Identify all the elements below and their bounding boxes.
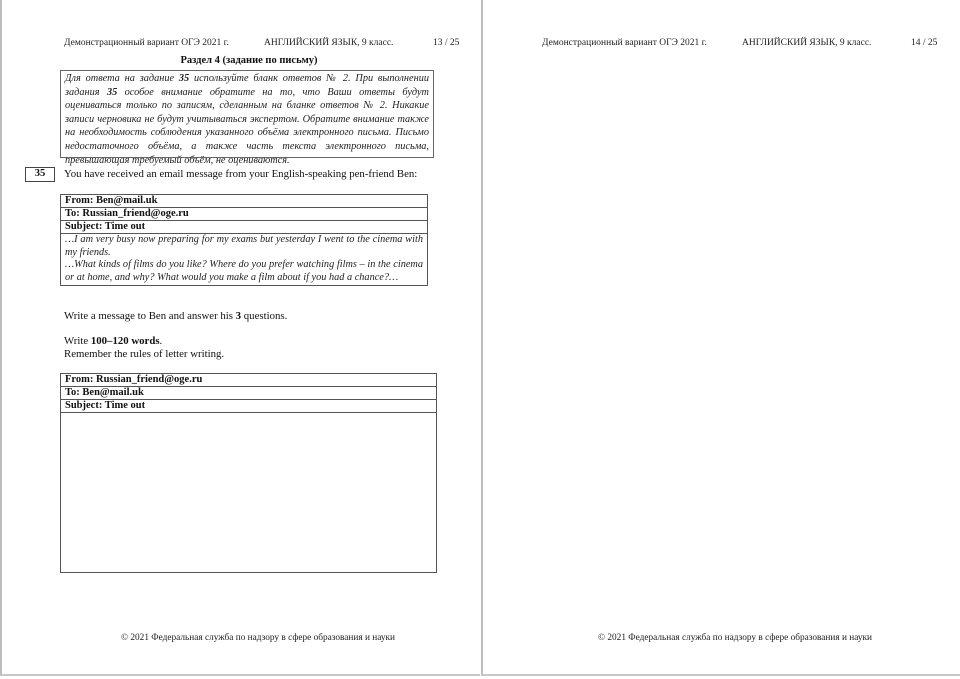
- email-subject: Subject: Time out: [61, 221, 427, 234]
- header-page-number: 14 / 25: [911, 38, 937, 48]
- page-13: Демонстрационный вариант ОГЭ 2021 г. АНГ…: [0, 0, 480, 676]
- header-subject: АНГЛИЙСКИЙ ЯЗЫК, 9 класс.: [742, 38, 871, 48]
- header-subject: АНГЛИЙСКИЙ ЯЗЫК, 9 класс.: [264, 38, 393, 48]
- instruction-note-box: Для ответа на задание 35 используйте бла…: [60, 70, 434, 158]
- instruction-text: .: [160, 335, 163, 347]
- instruction-text: Write a message to Ben and answer his: [64, 310, 236, 322]
- document-spread: Демонстрационный вариант ОГЭ 2021 г. АНГ…: [0, 0, 960, 679]
- instruction-word-count: Write 100–120 words.: [64, 335, 162, 347]
- word-limit: 100–120 words: [91, 335, 160, 347]
- incoming-email: From: Ben@mail.uk To: Russian_friend@oge…: [60, 194, 428, 286]
- task-intro: You have received an email message from …: [64, 168, 417, 180]
- note-text: Для ответа на задание: [65, 73, 179, 84]
- instruction-text: Write: [64, 335, 91, 347]
- email-to: To: Russian_friend@oge.ru: [61, 208, 427, 221]
- note-task-number: 35: [107, 87, 117, 98]
- email-body-paragraph: …What kinds of films do you like? Where …: [65, 259, 423, 284]
- note-task-number: 35: [179, 73, 189, 84]
- header-exam-title: Демонстрационный вариант ОГЭ 2021 г.: [64, 38, 229, 48]
- header-exam-title: Демонстрационный вариант ОГЭ 2021 г.: [542, 38, 707, 48]
- reply-body-field[interactable]: [61, 413, 436, 571]
- email-from: From: Ben@mail.uk: [61, 195, 427, 208]
- reply-to: To: Ben@mail.uk: [61, 387, 436, 400]
- task-number-badge: 35: [25, 167, 55, 182]
- email-body-paragraph: …I am very busy now preparing for my exa…: [65, 234, 423, 259]
- reply-email: From: Russian_friend@oge.ru To: Ben@mail…: [60, 373, 437, 573]
- page-footer: © 2021 Федеральная служба по надзору в с…: [598, 633, 872, 643]
- note-text: особое внимание обратите на то, что Ваши…: [65, 87, 429, 166]
- email-body: …I am very busy now preparing for my exa…: [61, 234, 427, 285]
- section-title: Раздел 4 (задание по письму): [64, 55, 434, 66]
- header-page-number: 13 / 25: [433, 38, 459, 48]
- reply-from: From: Russian_friend@oge.ru: [61, 374, 436, 387]
- instruction-answer-questions: Write a message to Ben and answer his 3 …: [64, 310, 287, 322]
- instruction-text: questions.: [241, 310, 287, 322]
- page-14: Демонстрационный вариант ОГЭ 2021 г. АНГ…: [481, 0, 960, 676]
- instruction-letter-rules: Remember the rules of letter writing.: [64, 348, 224, 360]
- page-footer: © 2021 Федеральная служба по надзору в с…: [121, 633, 395, 643]
- reply-subject: Subject: Time out: [61, 400, 436, 413]
